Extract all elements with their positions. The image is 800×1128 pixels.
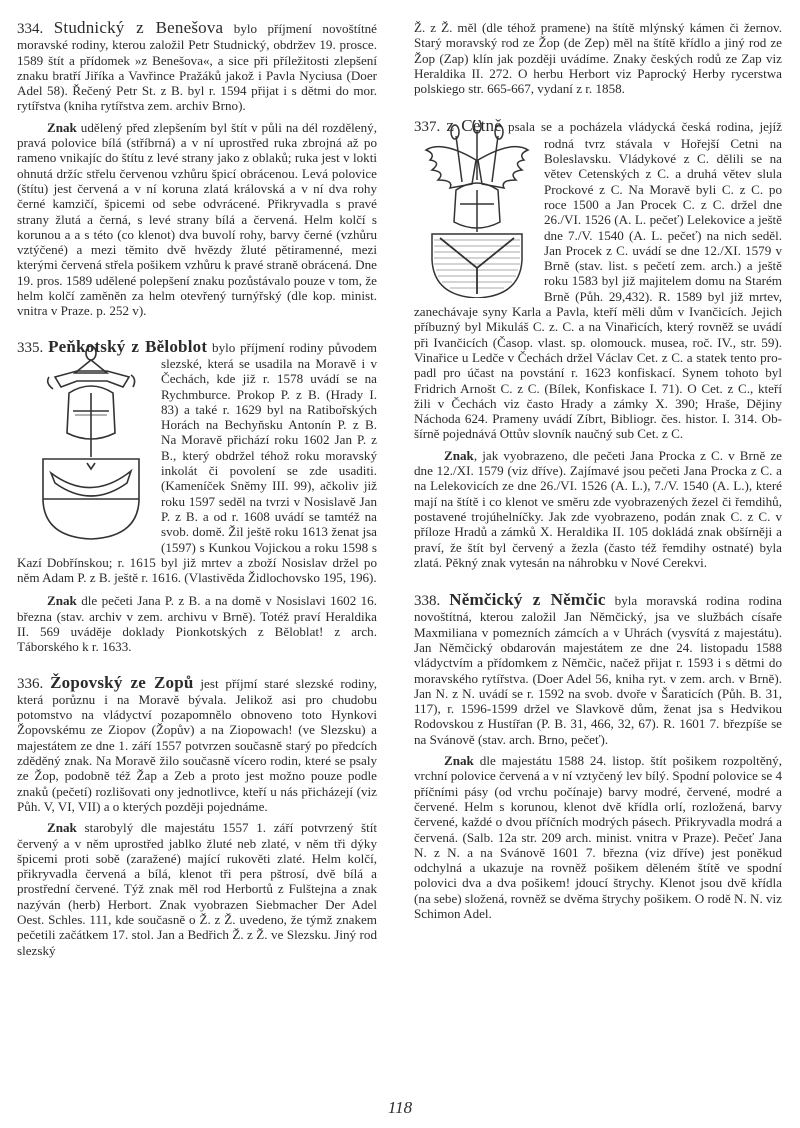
book-page: 334. Studnický z Benešova bylo příjmení … (0, 0, 800, 1128)
entry-number: 337. (414, 119, 440, 135)
left-column: 334. Studnický z Benešova bylo příjmení … (17, 20, 377, 958)
entry-336-cont-text: Ž. z Ž. měl (dle téhož pramene) na štítě… (414, 20, 782, 96)
entry-337-intro: 337. z Cetně (414, 118, 782, 441)
entry-number: 335. (17, 340, 43, 356)
entry-title: Studnický z Benešova (54, 18, 224, 37)
entry-title: z Cetně (446, 116, 502, 135)
znak-text: udělený před zlepšením byl štít v půli n… (17, 120, 377, 319)
entry-335: 335. Peňkotský z Běloblot (17, 339, 377, 655)
znak-label: Znak (444, 753, 474, 768)
znak-label: Znak (444, 448, 474, 463)
entry-number: 336. (17, 676, 43, 692)
page-number: 118 (0, 1098, 800, 1118)
coat-of-arms-cetne-icon (422, 120, 532, 298)
entry-337-znak: Znak, jak vyobrazeno, dle pečeti Jana Pr… (414, 448, 782, 570)
right-column: Ž. z Ž. měl (dle téhož pramene) na štítě… (414, 20, 782, 921)
entry-number: 334. (17, 21, 43, 37)
entry-336-continued: Ž. z Ž. měl (dle téhož pramene) na štítě… (414, 20, 782, 96)
entry-334-znak: Znak udělený před zlepšením byl štít v p… (17, 120, 377, 319)
entry-text: jest příjmí staré slezské rodiny, která … (17, 676, 377, 814)
znak-label: Znak (47, 593, 77, 608)
entry-335-znak: Znak dle pečeti Jana P. z B. a na domě v… (17, 593, 377, 654)
entry-338: 338. Němčický z Němčic byla moravská rod… (414, 592, 782, 921)
znak-text: , jak vyobrazeno, dle pečeti Jana Procka… (414, 448, 782, 570)
znak-label: Znak (47, 120, 77, 135)
coat-of-arms-penkotsky-icon (37, 341, 145, 541)
znak-text: dle majestátu 1588 24. listop. štít poši… (414, 753, 782, 921)
znak-text: starobylý dle majestátu 1557 1. září pot… (17, 820, 377, 957)
entry-title: Němčický z Němčic (449, 590, 605, 609)
entry-338-intro: 338. Němčický z Němčic byla moravská rod… (414, 592, 782, 747)
znak-label: Znak (47, 820, 77, 835)
entry-number: 338. (414, 593, 440, 609)
entry-336-znak: Znak starobylý dle majestátu 1557 1. zář… (17, 820, 377, 958)
entry-335-intro: 335. Peňkotský z Běloblot (17, 339, 377, 586)
entry-title: Peňkotský z Běloblot (48, 337, 207, 356)
entry-334: 334. Studnický z Benešova bylo příjmení … (17, 20, 377, 319)
entry-337: 337. z Cetně (414, 118, 782, 570)
entry-336-intro: 336. Žopovský ze Zopů jest příjmí staré … (17, 675, 377, 815)
entry-334-intro: 334. Studnický z Benešova bylo příjmení … (17, 20, 377, 114)
entry-title: Žopovský ze Zopů (50, 673, 194, 692)
entry-338-znak: Znak dle majestátu 1588 24. listop. štít… (414, 753, 782, 921)
entry-text: byla moravská rodina rodina novoštítná, … (414, 593, 782, 747)
entry-336: 336. Žopovský ze Zopů jest příjmí staré … (17, 675, 377, 958)
